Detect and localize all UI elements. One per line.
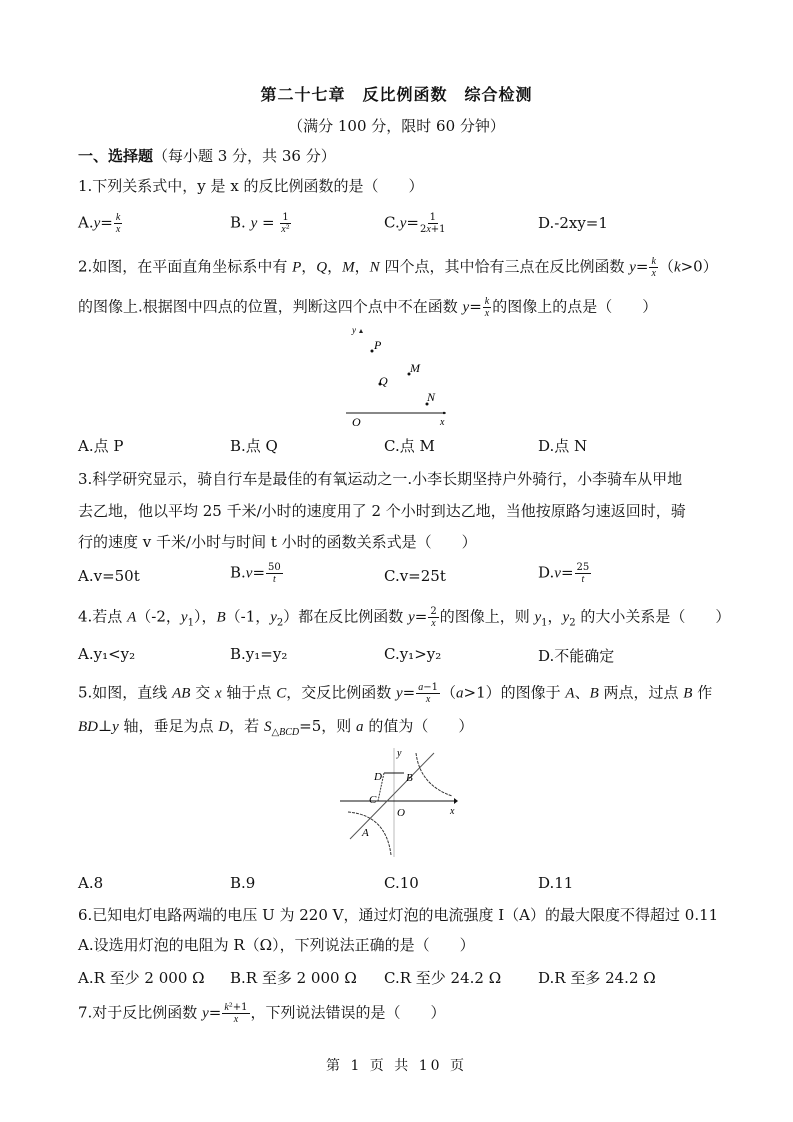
svg-text:Q: Q	[379, 374, 388, 388]
question-2-stem-1: 2.如图，在平面直角坐标系中有 P，Q，M，N 四个点，其中恰有三点在反比例函数…	[78, 256, 718, 279]
question-4-stem: 4.若点 A（-2，y1），B（-1，y2）都在反比例函数 y=2x的图像上，则…	[78, 606, 730, 634]
svg-text:A: A	[361, 827, 369, 839]
svg-text:N: N	[426, 390, 436, 404]
q5-option-c: C.10	[384, 874, 419, 892]
q5-option-a: A.8	[78, 874, 103, 892]
q5-option-d: D.11	[538, 874, 573, 892]
q2-option-a: A.点 P	[78, 435, 123, 456]
page-subtitle: （满分 100 分，限时 60 分钟）	[0, 115, 793, 136]
section-title: 一、选择题	[78, 147, 153, 165]
section-note: （每小题 3 分，共 36 分）	[153, 147, 336, 165]
svg-text:x: x	[449, 806, 455, 817]
q1-option-a: A.y=kx	[78, 212, 123, 235]
q6-option-d: D.R 至多 24.2 Ω	[538, 967, 656, 988]
q3-option-d: D.v=25t	[538, 562, 592, 585]
q3-option-a: A.v=50t	[78, 567, 140, 585]
q4-option-b: B.y₁=y₂	[230, 645, 287, 663]
svg-text:y: y	[396, 748, 402, 759]
q3-option-c: C.v=25t	[384, 567, 446, 585]
section-heading: 一、选择题（每小题 3 分，共 36 分）	[78, 145, 336, 166]
svg-text:O: O	[397, 807, 405, 819]
q1-option-b: B. y = 1x²	[230, 212, 292, 235]
q5-option-b: B.9	[230, 874, 255, 892]
question-6-stem-2: A.设选用灯泡的电阻为 R（Ω），下列说法正确的是（ ）	[78, 935, 475, 955]
q2-option-c: C.点 M	[384, 435, 435, 456]
q1-option-c: C.y=12x+1	[384, 212, 447, 235]
question-3-stem-3: 行的速度 v 千米/小时与时间 t 小时的函数关系式是（ ）	[78, 532, 477, 552]
question-7-stem: 7.对于反比例函数 y=k²+1x，下列说法错误的是（ ）	[78, 1002, 446, 1025]
q2-option-d: D.点 N	[538, 435, 587, 456]
svg-text:O: O	[352, 415, 361, 429]
svg-text:C: C	[369, 794, 377, 806]
question-2-stem-2: 的图像上.根据图中四点的位置，判断这四个点中不在函数 y=kx的图像上的点是（ …	[78, 296, 657, 319]
q1-option-d: D.-2xy=1	[538, 214, 608, 232]
question-6-stem-1: 6.已知电灯电路两端的电压 U 为 220 V，通过灯泡的电流强度 I（A）的最…	[78, 905, 718, 925]
svg-text:P: P	[373, 338, 382, 352]
q6-option-c: C.R 至少 24.2 Ω	[384, 967, 501, 988]
question-3-stem-2: 去乙地，他以平均 25 千米/小时的速度用了 2 个小时到达乙地，当他按原路匀速…	[78, 501, 686, 521]
svg-text:x: x	[439, 417, 445, 428]
question-3-stem-1: 3.科学研究显示，骑自行车是最佳的有氧运动之一.小李长期坚持户外骑行，小李骑车从…	[78, 469, 682, 489]
q2-figure: y P Q M N O x	[338, 322, 458, 430]
question-5-stem-1: 5.如图，直线 AB 交 x 轴于点 C，交反比例函数 y=a−1x（a>1）的…	[78, 682, 712, 705]
q6-option-a: A.R 至少 2 000 Ω	[78, 967, 205, 988]
page-title: 第二十七章 反比例函数 综合检测	[0, 82, 793, 105]
q2-option-b: B.点 Q	[230, 435, 278, 456]
q4-option-d: D.不能确定	[538, 645, 614, 666]
svg-text:B: B	[406, 772, 413, 784]
q3-option-b: B.v=50t	[230, 562, 284, 585]
q4-option-c: C.y₁>y₂	[384, 645, 441, 663]
q4-option-a: A.y₁<y₂	[78, 645, 135, 663]
svg-text:y: y	[351, 325, 356, 335]
svg-text:M: M	[409, 361, 421, 375]
page-footer: 第 1 页 共 10 页	[0, 1055, 793, 1075]
q5-figure: y x D B C O A	[334, 745, 464, 860]
question-1-stem: 1.下列关系式中，y 是 x 的反比例函数的是（ ）	[78, 176, 424, 196]
q6-option-b: B.R 至多 2 000 Ω	[230, 967, 357, 988]
question-5-stem-2: BD⊥y 轴，垂足为点 D，若 S△BCD=5，则 a 的值为（ ）	[78, 716, 473, 743]
svg-text:D: D	[373, 771, 382, 783]
